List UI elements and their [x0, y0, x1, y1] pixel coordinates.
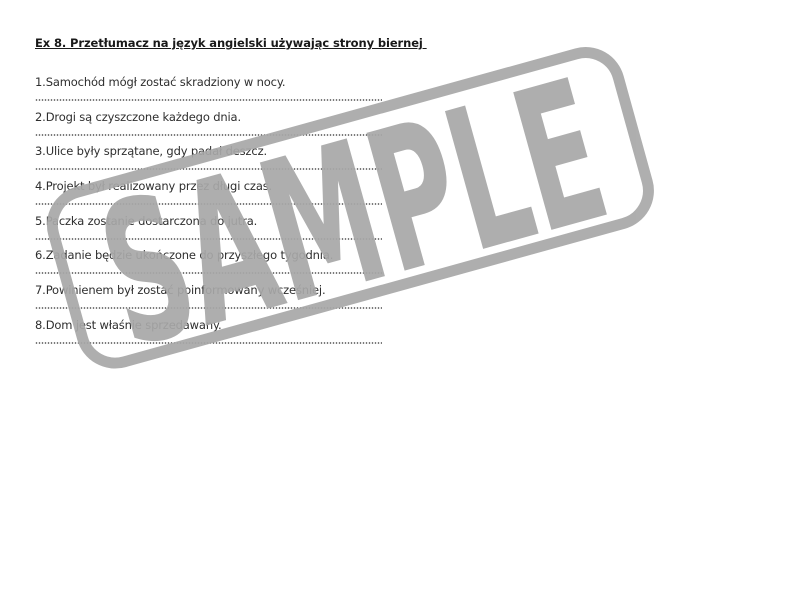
exercise-text: Drogi są czyszczone każdego dnia. [46, 110, 241, 124]
exercise-text: Powinienem był zostać poinformowany wcze… [46, 283, 326, 297]
exercise-sentence: 8.Dom jest właśnie sprzedawany. [35, 317, 385, 333]
answer-line[interactable] [35, 307, 382, 309]
exercise-number: 6. [35, 248, 46, 262]
answer-line[interactable] [35, 203, 382, 205]
exercise-sentence: 7.Powinienem był zostać poinformowany wc… [35, 282, 385, 298]
exercise-sentence: 2.Drogi są czyszczone każdego dnia. [35, 109, 385, 125]
answer-line[interactable] [35, 168, 382, 170]
exercise-number: 3. [35, 144, 46, 158]
exercise-text: Zadanie będzie ukończone do przyszłego t… [46, 248, 334, 262]
exercise-number: 4. [35, 179, 46, 193]
exercise-sentence: 4.Projekt był realizowany przez długi cz… [35, 178, 385, 194]
exercise-sentence: 1.Samochód mógł zostać skradziony w nocy… [35, 74, 385, 90]
answer-line[interactable] [35, 134, 382, 136]
exercise-text: Projekt był realizowany przez długi czas… [46, 179, 272, 193]
exercise-text: Ulice były sprzątane, gdy padał deszcz. [46, 144, 267, 158]
exercise-text: Samochód mógł zostać skradziony w nocy. [46, 75, 286, 89]
answer-line[interactable] [35, 272, 382, 274]
exercise-item: 5.Paczka zostanie dostarczona do jutra. [35, 213, 385, 248]
exercise-item: 6.Zadanie będzie ukończone do przyszłego… [35, 247, 385, 282]
exercise-item: 4.Projekt był realizowany przez długi cz… [35, 178, 385, 213]
exercise-item: 2.Drogi są czyszczone każdego dnia. [35, 109, 385, 144]
answer-line[interactable] [35, 342, 382, 344]
exercise-title: Ex 8. Przetłumacz na język angielski uży… [35, 36, 427, 50]
exercise-number: 1. [35, 75, 46, 89]
exercise-list: 1.Samochód mógł zostać skradziony w nocy… [35, 74, 385, 352]
worksheet-page: Ex 8. Przetłumacz na język angielski uży… [0, 0, 800, 600]
exercise-item: 1.Samochód mógł zostać skradziony w nocy… [35, 74, 385, 109]
exercise-number: 5. [35, 214, 46, 228]
answer-line[interactable] [35, 238, 382, 240]
answer-line[interactable] [35, 99, 382, 101]
exercise-number: 8. [35, 318, 46, 332]
exercise-sentence: 3.Ulice były sprzątane, gdy padał deszcz… [35, 143, 385, 159]
exercise-number: 2. [35, 110, 46, 124]
exercise-item: 3.Ulice były sprzątane, gdy padał deszcz… [35, 143, 385, 178]
exercise-sentence: 5.Paczka zostanie dostarczona do jutra. [35, 213, 385, 229]
exercise-text: Paczka zostanie dostarczona do jutra. [46, 214, 257, 228]
exercise-item: 7.Powinienem był zostać poinformowany wc… [35, 282, 385, 317]
exercise-number: 7. [35, 283, 46, 297]
exercise-sentence: 6.Zadanie będzie ukończone do przyszłego… [35, 247, 385, 263]
exercise-item: 8.Dom jest właśnie sprzedawany. [35, 317, 385, 352]
exercise-text: Dom jest właśnie sprzedawany. [46, 318, 222, 332]
